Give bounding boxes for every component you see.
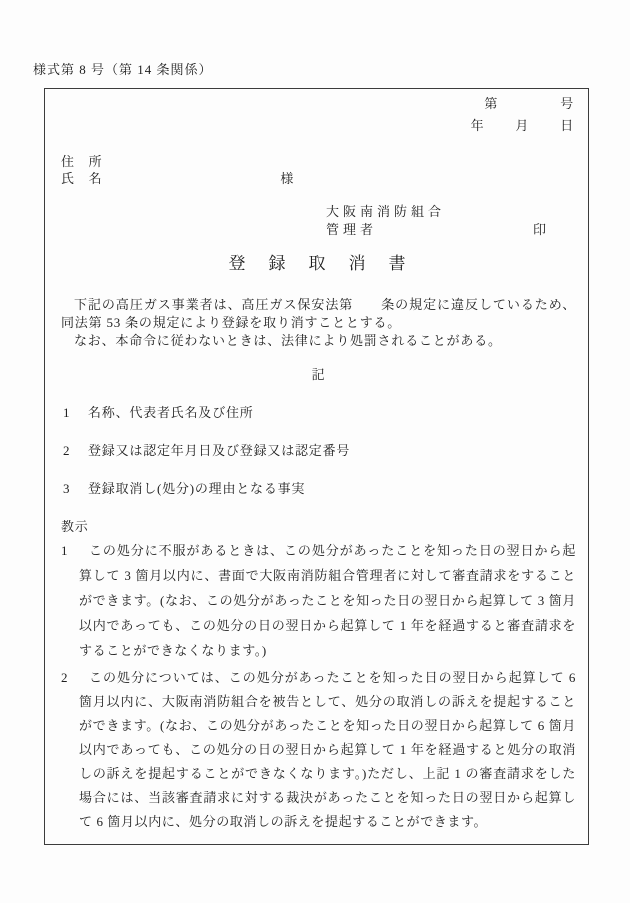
addressee-address-label: 住 所 (61, 153, 576, 170)
ki-heading: 記 (61, 366, 576, 384)
list-item: 1 名称、代表者氏名及び住所 (63, 404, 576, 421)
list-item: 2 登録又は認定年月日及び登録又は認定番号 (63, 442, 576, 459)
list-item-text: 名称、代表者氏名及び住所 (88, 404, 254, 421)
date-row: 年 月 日 (61, 117, 576, 135)
document-page: 様式第 8 号（第 14 条関係） 第 号 年 月 日 住 所 氏 名 様 大阪… (0, 0, 630, 903)
addressee-block: 住 所 氏 名 様 (61, 153, 576, 187)
issuer-title-row: 管理者 印 (326, 221, 576, 239)
advice-item: 2 この処分については、この処分があったことを知った日の翌日から起算して 6 箇… (61, 666, 576, 834)
list-item-text: 登録取消し(処分)の理由となる事実 (88, 480, 305, 497)
advice-item-text: この処分については、この処分があったことを知った日の翌日から起算して 6 箇月以… (79, 666, 576, 834)
issuer-block: 大阪南消防組合 管理者 印 (326, 203, 576, 239)
issuer-organization: 大阪南消防組合 (326, 203, 576, 221)
advice-item-text: この処分に不服があるときは、この処分があったことを知った日の翌日から起算して 3… (79, 538, 576, 663)
document-title: 登 録 取 消 書 (61, 252, 576, 276)
date-month-label: 月 (515, 117, 529, 135)
list-item-text: 登録又は認定年月日及び登録又は認定番号 (88, 442, 350, 459)
advice-item-number: 1 (61, 538, 79, 663)
advice-item: 1 この処分に不服があるときは、この処分があったことを知った日の翌日から起算して… (61, 538, 576, 663)
addressee-name-row: 氏 名 様 (61, 170, 576, 187)
doc-number-row: 第 号 (61, 95, 576, 113)
advice-heading: 教示 (61, 518, 576, 535)
doc-number-prefix: 第 (484, 95, 498, 113)
list-item-number: 2 (63, 442, 88, 459)
list-item: 3 登録取消し(処分)の理由となる事実 (63, 480, 576, 497)
form-number-label: 様式第 8 号（第 14 条関係） (33, 59, 213, 78)
addressee-honorific: 様 (280, 170, 294, 187)
issuer-title: 管理者 (326, 221, 377, 239)
list-item-number: 1 (63, 404, 88, 421)
list-item-number: 3 (63, 480, 88, 497)
document-frame: 第 号 年 月 日 住 所 氏 名 様 大阪南消防組合 管理者 印 登 録 取 … (44, 88, 589, 845)
date-year-label: 年 (471, 117, 485, 135)
date-day-label: 日 (560, 117, 574, 135)
enumerated-items: 1 名称、代表者氏名及び住所 2 登録又は認定年月日及び登録又は認定番号 3 登… (63, 404, 576, 497)
seal-mark: 印 (533, 221, 546, 239)
body-paragraph-2: なお、本命令に従わないときは、法律により処罰されることがある。 (61, 332, 576, 350)
addressee-name-label: 氏 名 (61, 170, 102, 187)
advice-item-number: 2 (61, 666, 79, 834)
doc-number-suffix: 号 (560, 95, 574, 113)
body-text: 下記の高圧ガス事業者は、高圧ガス保安法第 条の規定に違反しているため、同法第 5… (61, 296, 576, 350)
body-paragraph-1: 下記の高圧ガス事業者は、高圧ガス保安法第 条の規定に違反しているため、同法第 5… (61, 296, 576, 332)
